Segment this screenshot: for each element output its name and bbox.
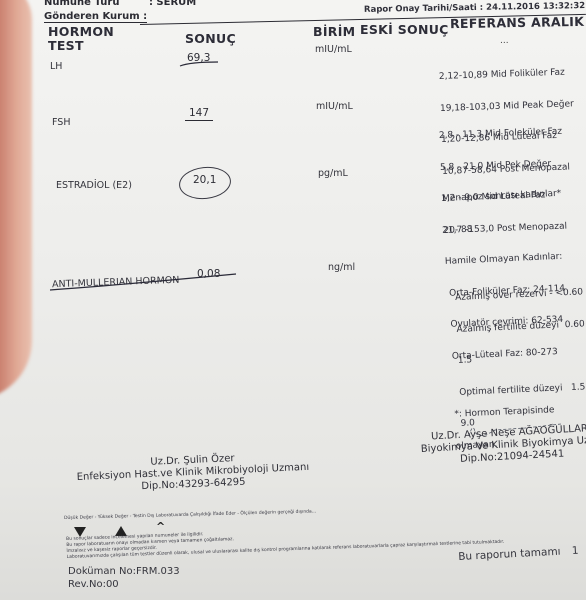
approval-label: Rapor Onay Tarihi/Saati : xyxy=(364,3,483,15)
reference-line: 20- 88 xyxy=(443,220,563,236)
reference-line: 1.5 xyxy=(458,350,586,366)
reference-line: Menapoz sonrası kadınlar* xyxy=(442,189,562,205)
test-name-fsh: FSH xyxy=(52,117,70,128)
test-name-lh: LH xyxy=(50,61,62,72)
signature-left: Uz.Dr. Şulin Özer Enfeksiyon Hast.ve Kli… xyxy=(76,450,310,496)
column-test: TEST xyxy=(48,38,84,53)
test-result-amh: 0,08 xyxy=(197,268,220,280)
approval-datetime: Rapor Onay Tarihi/Saati : 24.11.2016 13:… xyxy=(364,1,585,15)
column-previous: ESKİ SONUÇ xyxy=(360,22,449,37)
test-unit-estradiol: pg/mL xyxy=(318,168,348,179)
reference-line: 2,12-10,89 Mid Foliküler Faz xyxy=(439,67,573,82)
column-result: SONUÇ xyxy=(185,31,236,46)
legend-text: Düşük Değer - Yüksek Değer - Testin Dış … xyxy=(64,509,316,522)
page-current: 1 xyxy=(572,545,579,557)
test-name-estradiol: ESTRADİOL (E2) xyxy=(56,180,132,191)
test-result-estradiol: 20,1 xyxy=(193,174,216,186)
test-result-fsh: 147 xyxy=(185,107,213,121)
pen-underline xyxy=(178,60,220,68)
disclaimer: Bu sonuçlar sadece incelemesi yapılan nu… xyxy=(66,522,504,561)
reference-line: 2,8 - 11,3 Mid Foleküler Faz xyxy=(439,127,564,142)
reference-line: Optimal fertilite düzeyi 1.5 - xyxy=(459,382,586,398)
document-number: Doküman No:FRM.033 xyxy=(68,565,180,578)
test-unit-amh: ng/ml xyxy=(328,262,355,273)
sender-label: Gönderen Kurum : xyxy=(44,11,147,23)
thumb-occluding-edge xyxy=(0,0,32,400)
reference-line: Azalmış fertilite düzeyi 0.60 - xyxy=(456,319,586,335)
sample-type-label: Numune Türü xyxy=(44,0,119,8)
reference-line: Azalmış over rezervi - <0.60 xyxy=(455,287,586,303)
test-unit-lh: mIU/mL xyxy=(315,44,352,55)
revision-number: Rev.No:00 xyxy=(68,578,119,591)
external-lab-caret-icon: ^ xyxy=(156,520,165,533)
page-text: Bu raporun tamamı xyxy=(458,546,561,563)
approval-value: 24.11.2016 13:32:32 xyxy=(486,1,585,13)
sample-type: Numune Türü : SERUM xyxy=(44,0,196,8)
column-unit: BİRİM xyxy=(313,24,355,39)
reference-dots: ... xyxy=(500,36,509,46)
reference-line: Hamile Olmayan Kadınlar: xyxy=(445,252,565,268)
column-reference: REFERANS ARALIK xyxy=(450,14,584,31)
sample-type-value: : SERUM xyxy=(149,0,196,8)
lab-report-page: Numune Türü : SERUM Gönderen Kurum : Rap… xyxy=(0,0,586,600)
column-group-hormon: HORMON xyxy=(48,24,114,39)
test-unit-fsh: mIU/mL xyxy=(316,101,353,112)
